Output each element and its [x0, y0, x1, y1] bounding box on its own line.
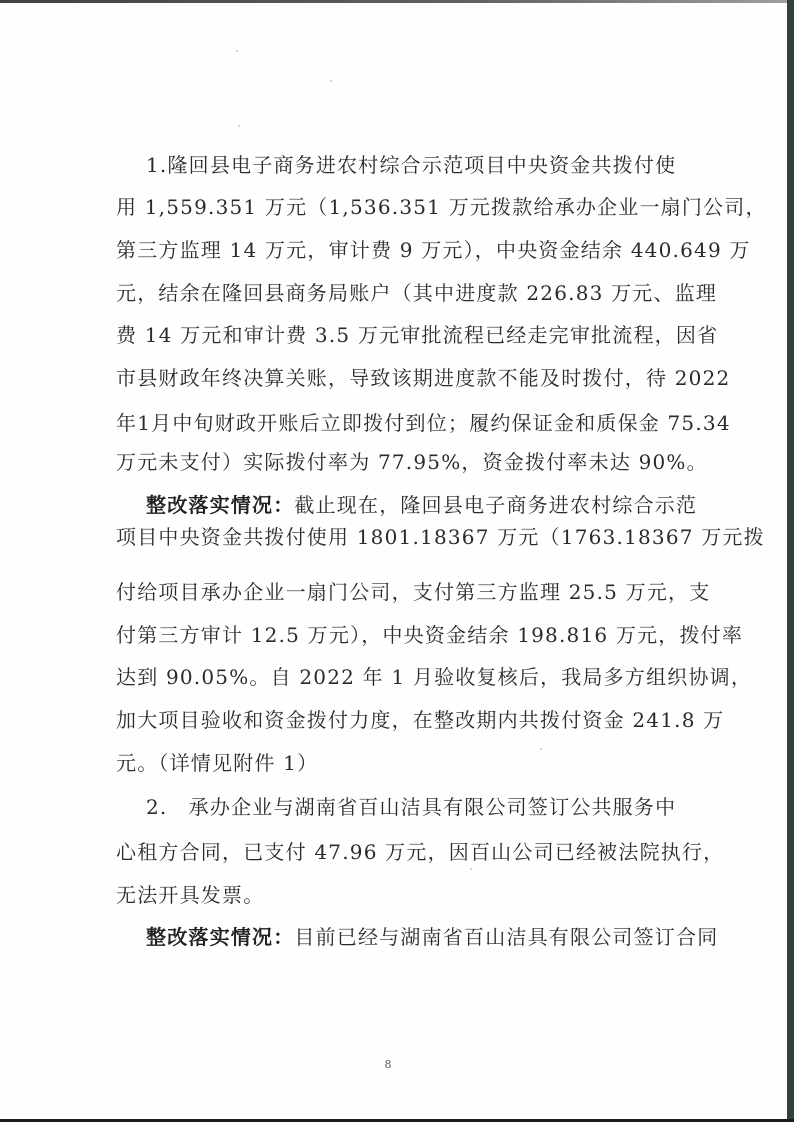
text-run: 目前已经与湖南省百山洁具有限公司签订合同 [294, 925, 718, 949]
text-line: 1.隆回县电子商务进农村综合示范项目中央资金共拨付使 [146, 150, 676, 180]
document-page: 1.隆回县电子商务进农村综合示范项目中央资金共拨付使 用 1,559.351 万… [0, 0, 794, 1122]
text-line: 年1月中旬财政开账后立即拨付到位；履约保证金和质保金 75.34 [116, 408, 676, 438]
text-line: 2. 承办企业与湖南省百山洁具有限公司签订公共服务中 [146, 792, 676, 822]
text-line: 项目中央资金共拨付使用 1801.18367 万元（1763.18367 万元拨 [116, 522, 676, 552]
text-line: 元。（详情见附件 1） [116, 748, 676, 778]
scan-speck [470, 868, 472, 870]
text-line: 心租方合同，已支付 47.96 万元，因百山公司已经被法院执行， [116, 837, 676, 867]
rectification-heading: 整改落实情况： [146, 925, 294, 949]
text-line: 市县财政年终决算关账，导致该期进度款不能及时拨付，待 2022 [116, 363, 676, 393]
scan-edge-right [787, 0, 794, 1122]
text-line: 整改落实情况：截止现在，隆回县电子商务进农村综合示范 [146, 490, 676, 520]
text-line: 达到 90.05%。自 2022 年 1 月验收复核后，我局多方组织协调， [116, 662, 676, 692]
text-line: 万元未支付）实际拨付率为 77.95%，资金拨付率未达 90%。 [116, 447, 676, 477]
text-line: 整改落实情况：目前已经与湖南省百山洁具有限公司签订合同 [146, 922, 676, 952]
text-line: 付给项目承办企业一扇门公司，支付第三方监理 25.5 万元，支 [116, 577, 676, 607]
text-run: 截止现在，隆回县电子商务进农村综合示范 [294, 493, 697, 517]
text-line: 加大项目验收和资金拨付力度，在整改期内共拨付资金 241.8 万 [116, 705, 676, 735]
text-line: 第三方监理 14 万元，审计费 9 万元），中央资金结余 440.649 万 [116, 235, 676, 265]
scan-speck [238, 125, 240, 127]
rectification-heading: 整改落实情况： [146, 493, 294, 517]
scan-speck [330, 80, 332, 82]
scan-speck [236, 50, 238, 52]
scan-edge-top [0, 0, 787, 3]
text-line: 付第三方审计 12.5 万元），中央资金结余 198.816 万元，拨付率 [116, 620, 676, 650]
text-line: 用 1,559.351 万元（1,536.351 万元拨款给承办企业一扇门公司， [116, 192, 676, 222]
text-line: 元，结余在隆回县商务局账户（其中进度款 226.83 万元、监理 [116, 278, 676, 308]
text-line: 无法开具发票。 [116, 880, 676, 910]
page-number: 8 [378, 1058, 398, 1071]
text-line: 费 14 万元和审计费 3.5 万元审批流程已经走完审批流程，因省 [116, 320, 676, 350]
